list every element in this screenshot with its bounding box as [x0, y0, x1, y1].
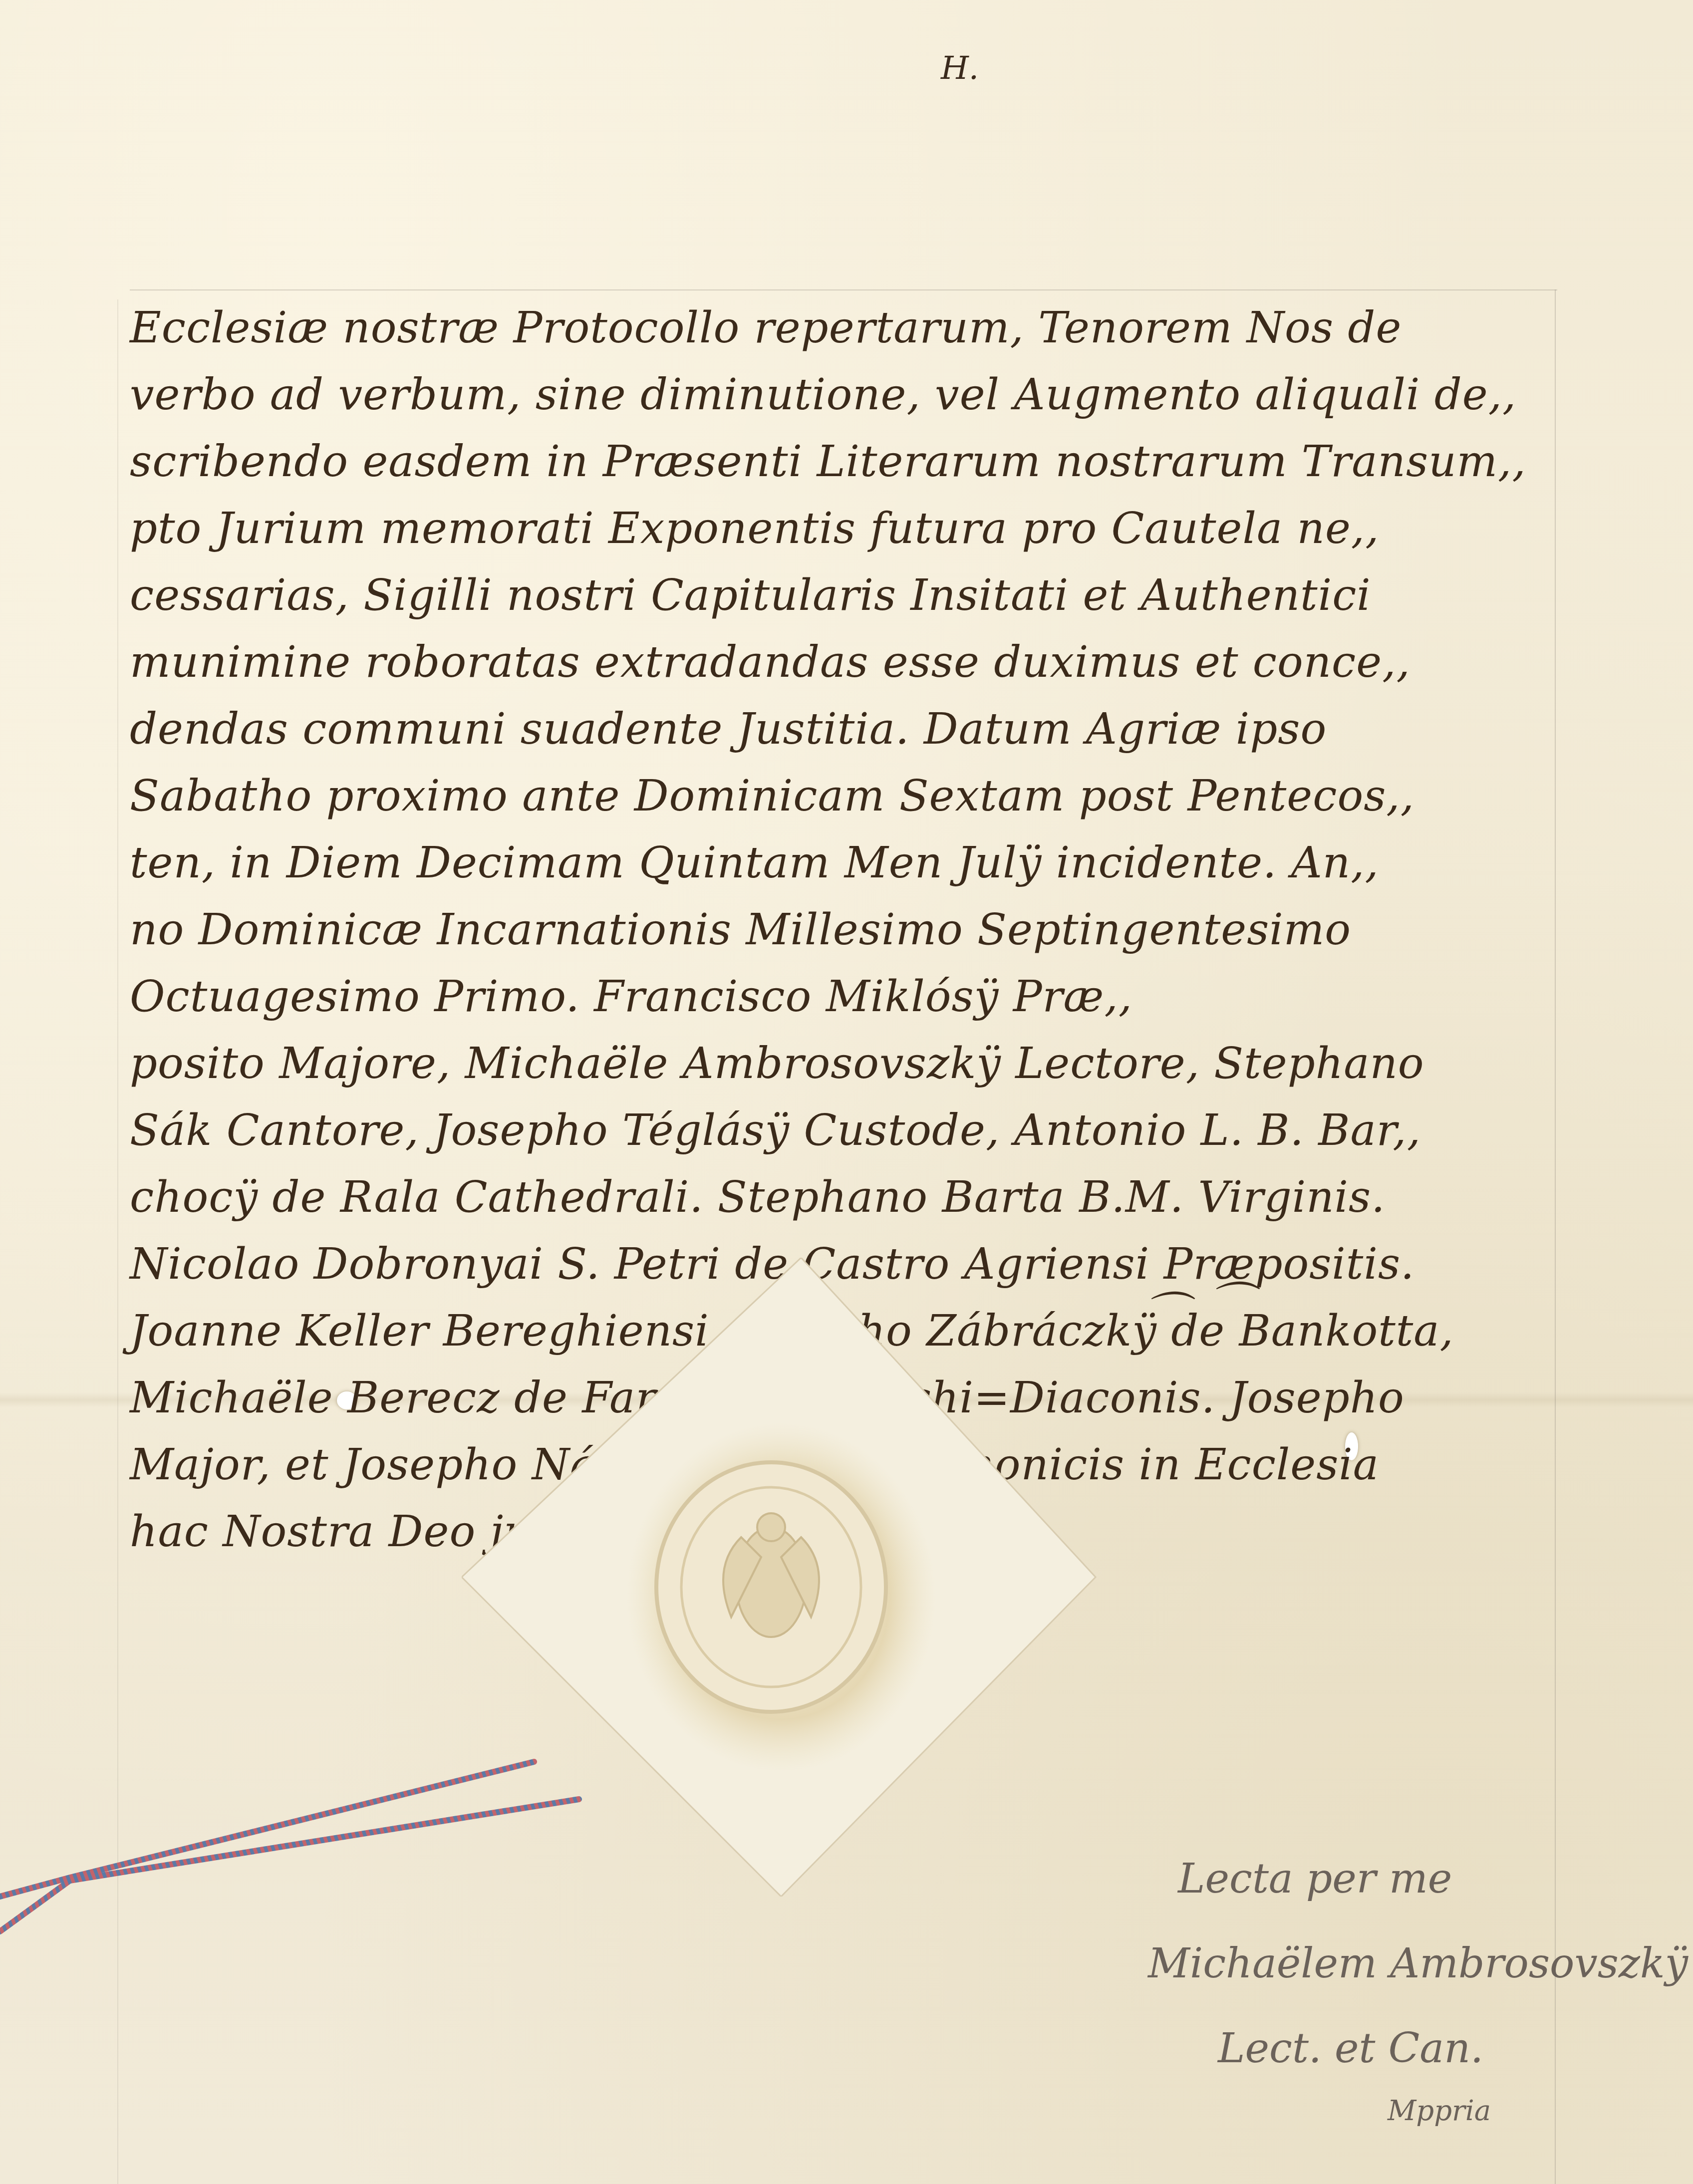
closing-flourish-icon: ⌒ [1208, 1268, 1253, 1333]
charter-text: Ecclesiæ nostræ Protocollo repertarum, T… [130, 294, 1587, 1565]
seal-cord [0, 1747, 599, 1996]
text-line: Ecclesiæ nostræ Protocollo repertarum, T… [130, 294, 1587, 361]
text-line: Octuagesimo Primo. Francisco Miklósÿ Præ… [130, 963, 1587, 1030]
text-line: dendas communi suadente Justitia. Datum … [130, 696, 1587, 763]
text-line: scribendo easdem in Præsenti Literarum n… [130, 428, 1587, 495]
text-line: no Dominicæ Incarnationis Millesimo Sept… [130, 896, 1587, 963]
text-line: ten, in Diem Decimam Quintam Men Julÿ in… [130, 829, 1587, 896]
folio-mark: H. [941, 50, 979, 87]
endorsement-signature: Lecta per me Michaëlem Ambrosovszkÿ Lect… [1148, 1837, 1647, 2131]
text-line: hac Nostra Deo jugiter famulantibus. [130, 1498, 1587, 1565]
text-line: Major, et Josepho Náraÿ Magistris Canoni… [130, 1431, 1587, 1498]
text-line: pto Jurium memorati Exponentis futura pr… [130, 495, 1587, 562]
text-line: posito Majore, Michaële Ambrosovszkÿ Lec… [130, 1030, 1587, 1097]
text-line: chocÿ de Rala Cathedrali. Stephano Barta… [130, 1164, 1587, 1231]
text-line: Michaële Berecz de Farcza=scó Archi=Diac… [130, 1365, 1587, 1431]
text-line: verbo ad verbum, sine diminutione, vel A… [130, 361, 1587, 428]
text-line: munimine roboratas extradandas esse duxi… [130, 629, 1587, 696]
text-line: Nicolao Dobronyai S. Petri de Castro Agr… [130, 1231, 1587, 1298]
signature-line: Michaëlem Ambrosovszkÿ [1148, 1921, 1647, 2006]
text-line: Sabatho proximo ante Dominicam Sextam po… [130, 763, 1587, 829]
signature-line: Lect. et Can. [1148, 2006, 1647, 2091]
top-ruling-line [130, 289, 1557, 290]
signature-paraph: Mppria [1148, 2091, 1647, 2131]
signature-line: Lecta per me [1148, 1837, 1647, 1921]
text-line: Joanne Keller Bereghiensi, Josepho Zábrá… [130, 1298, 1587, 1365]
text-line: Sák Cantore, Josepho Téglásÿ Custode, An… [130, 1097, 1587, 1164]
closing-flourish-icon: ⌒ [1143, 1278, 1188, 1343]
text-line: cessarias, Sigilli nostri Capitularis In… [130, 562, 1587, 629]
